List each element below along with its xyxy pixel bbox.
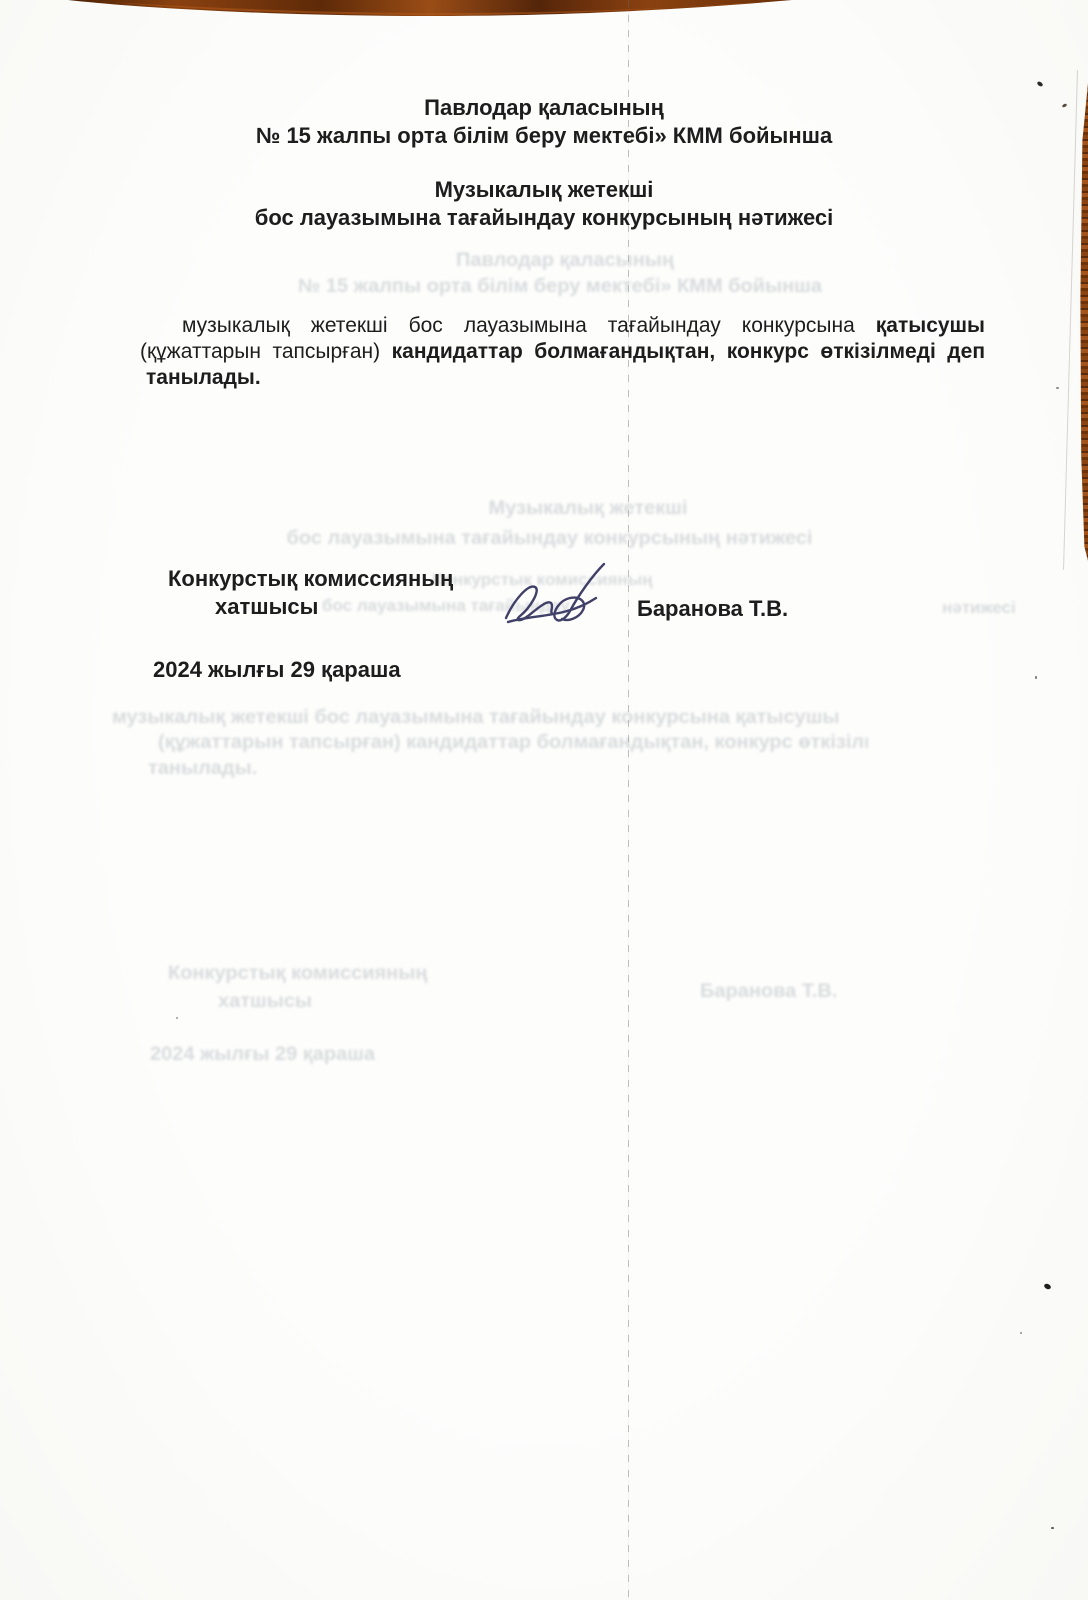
body-line-1: музыкалық жетекші бос лауазымына тағайын…	[140, 313, 985, 339]
signature-name: Баранова Т.В.	[637, 596, 788, 622]
scan-speck	[1056, 387, 1059, 389]
title-line2: бос лауазымына тағайындау конкурсының нә…	[8, 204, 1080, 232]
ghost-text: музыкалық жетекші бос лауазымына тағайын…	[112, 706, 982, 728]
scan-speck	[176, 1017, 178, 1019]
title-line1: Музыкалық жетекші	[8, 176, 1080, 204]
ghost-text: нәтижесі	[942, 598, 1047, 617]
body-paragraph: музыкалық жетекші бос лауазымына тағайын…	[140, 313, 985, 391]
page-fold-line	[628, 0, 629, 1600]
signature-role-line2: хатшысы	[168, 593, 453, 621]
body-line2-bold: кандидаттар болмағандықтан, конкурс өткі…	[392, 340, 985, 363]
document-header-org: Павлодар қаласының № 15 жалпы орта білім…	[8, 94, 1080, 150]
ghost-text: Павлодар қаласының	[345, 249, 785, 271]
org-name-line1: Павлодар қаласының	[8, 94, 1080, 122]
scan-speck	[1020, 1332, 1022, 1334]
body-line2-regular: (құжаттарын тапсырған)	[140, 340, 380, 363]
scan-speck	[1036, 81, 1043, 88]
scan-speck	[1043, 1283, 1051, 1290]
ghost-text: 2024 жылғы 29 қараша	[150, 1043, 440, 1065]
ghost-text: № 15 жалпы орта білім беру мектебі» КММ …	[235, 275, 885, 297]
ghost-text: хатшысы	[218, 990, 338, 1012]
body-line1-regular: музыкалық жетекші бос лауазымына тағайын…	[182, 314, 855, 337]
document-date: 2024 жылғы 29 қараша	[153, 657, 401, 683]
scan-speck	[1051, 1527, 1054, 1529]
signature-role-line1: Конкурстық комиссияның	[168, 565, 453, 593]
document-title: Музыкалық жетекші бос лауазымына тағайын…	[8, 176, 1080, 232]
body-line1-bold: қатысушы	[876, 314, 985, 337]
signature-role: Конкурстық комиссияның хатшысы	[168, 565, 453, 621]
ghost-text: танылады.	[148, 757, 298, 779]
ghost-text: бос лауазымына тағайындау конкурсының нә…	[262, 527, 837, 549]
scanner-wood-edge-right	[1080, 83, 1088, 561]
ghost-text: Конкурстық комиссияның	[168, 962, 468, 984]
ghost-text: Баранова Т.В.	[700, 980, 1020, 1002]
ghost-text: (құжаттарын тапсырған) кандидаттар болма…	[158, 731, 868, 753]
body-line-2: (құжаттарын тапсырған) кандидаттар болма…	[140, 339, 985, 365]
handwritten-signature-icon	[492, 556, 632, 636]
org-name-line2: № 15 жалпы орта білім беру мектебі» КММ …	[8, 122, 1080, 150]
scanner-wood-edge-top	[0, 0, 1088, 20]
body-line-3: танылады.	[140, 365, 985, 391]
scan-speck	[1035, 676, 1037, 679]
ghost-text: Музыкалық жетекші	[428, 497, 748, 519]
scanned-document-page: Павлодар қаласының№ 15 жалпы орта білім …	[0, 0, 1088, 1600]
